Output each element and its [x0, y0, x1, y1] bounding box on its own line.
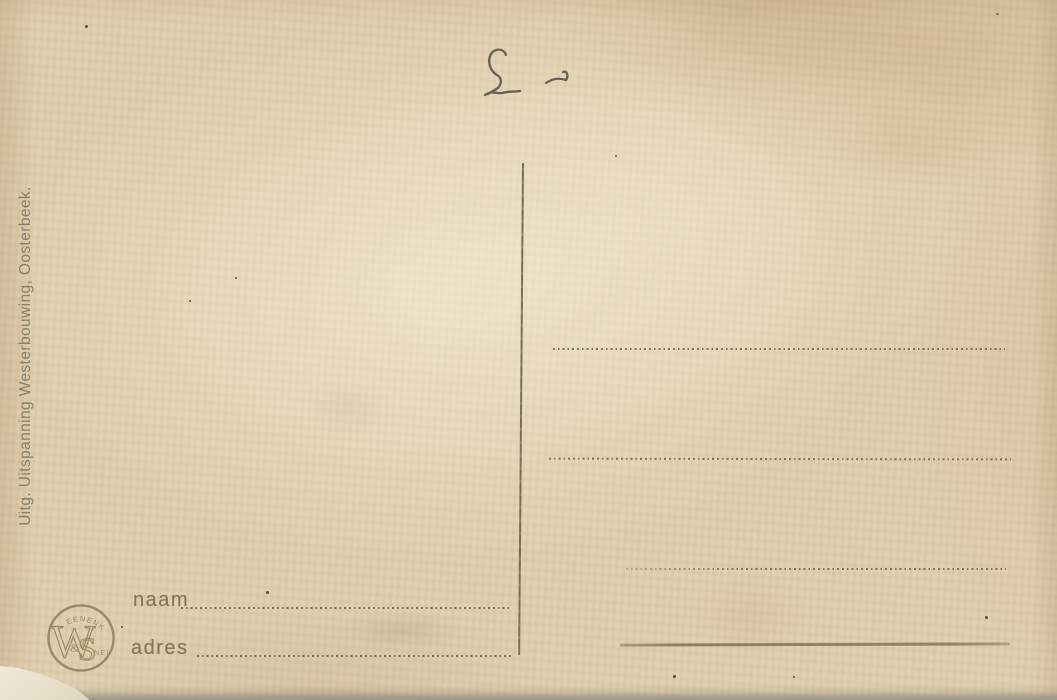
paper-speck [121, 626, 123, 628]
divider-line [518, 163, 524, 655]
paper-speck [266, 591, 269, 594]
scan-bottom-shadow [0, 685, 1057, 700]
publisher-imprint: Uitg. Uitspanning Westerbouwing, Oosterb… [17, 186, 35, 526]
paper-speck [985, 616, 988, 619]
handwritten-price-mark [470, 40, 590, 110]
postcard-back: Uitg. Uitspanning Westerbouwing, Oosterb… [0, 0, 1057, 700]
paper-speck [793, 676, 795, 678]
name-dotted-line [181, 607, 512, 609]
paper-speck [85, 25, 88, 28]
address-line-1 [553, 348, 1005, 350]
paper-speck [189, 300, 191, 302]
address-line-2 [549, 458, 1011, 461]
paper-speck [615, 155, 617, 157]
paper-speck [673, 675, 676, 678]
address-line-4 [620, 642, 1010, 646]
publisher-logo-stamp: W EENENK & S NEL [44, 601, 118, 675]
address-dotted-line [197, 655, 512, 657]
paper-speck [996, 13, 999, 15]
logo-small-bottom-text: NEL [94, 648, 112, 657]
paper-speck [235, 277, 237, 279]
address-line-3 [626, 568, 1006, 570]
address-label: adres [131, 637, 189, 660]
